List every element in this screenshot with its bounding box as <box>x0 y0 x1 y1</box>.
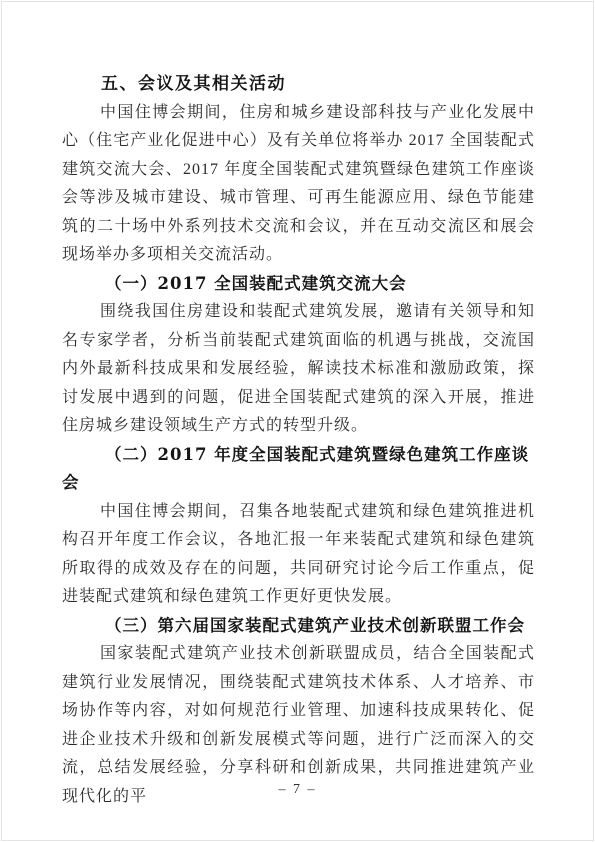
body-paragraph: 中国住博会期间，召集各地装配式建筑和绿色建筑推进机构召开年度工作会议，各地汇报一… <box>62 498 535 612</box>
document-page: 五、会议及其相关活动中国住博会期间，住房和城乡建设部科技与产业化发展中心（住宅产… <box>0 0 595 842</box>
section-heading: （一）2017 全国装配式建筑交流大会 <box>62 270 535 299</box>
section-heading: （二）2017 年度全国装配式建筑暨绿色建筑工作座谈会 <box>62 441 535 498</box>
document-body: 五、会议及其相关活动中国住博会期间，住房和城乡建设部科技与产业化发展中心（住宅产… <box>62 70 535 811</box>
section-heading: （三）第六届国家装配式建筑产业技术创新联盟工作会 <box>62 612 535 641</box>
body-paragraph: 中国住博会期间，住房和城乡建设部科技与产业化发展中心（住宅产业化促进中心）及有关… <box>62 99 535 270</box>
body-paragraph: 围绕我国住房建设和装配式建筑发展，邀请有关领导和知名专家学者，分析当前装配式建筑… <box>62 298 535 441</box>
section-heading: 五、会议及其相关活动 <box>62 70 535 99</box>
page-number: – 7 – <box>0 782 595 798</box>
